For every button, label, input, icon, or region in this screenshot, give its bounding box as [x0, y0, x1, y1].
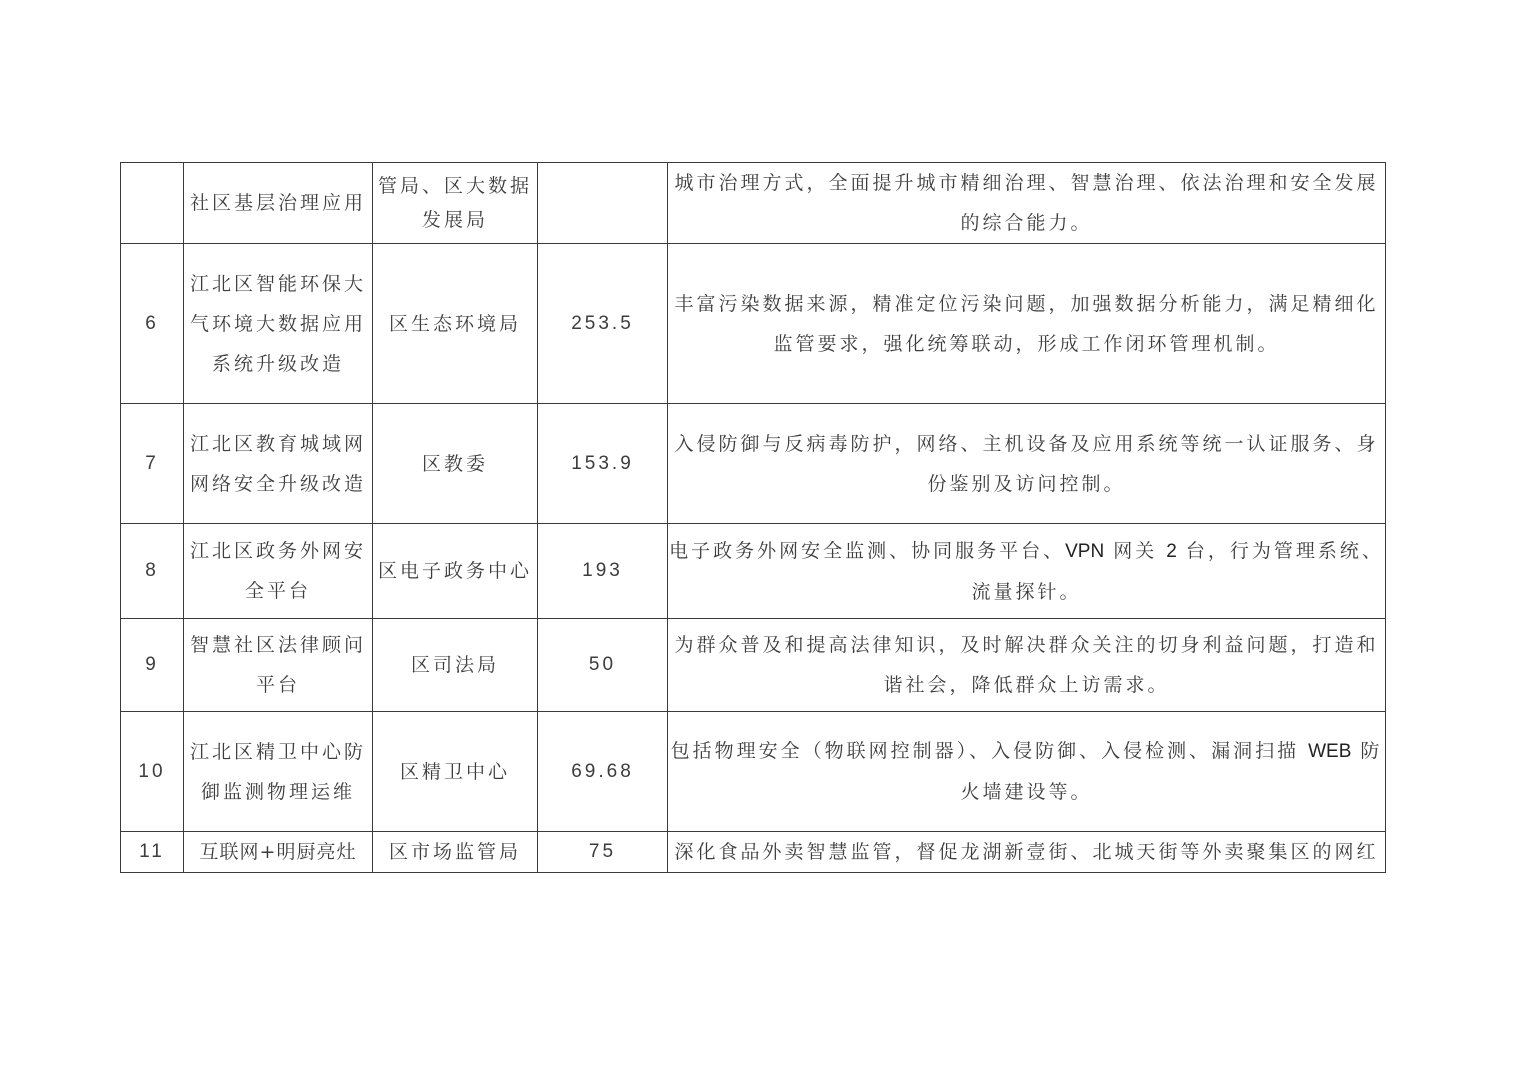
description-cell: 城市治理方式，全面提升城市精细治理、智慧治理、依法治理和安全发展的综合能力。: [668, 163, 1386, 244]
row-number-cell: [121, 163, 184, 244]
project-name-cell: 江北区教育城域网网络安全升级改造: [184, 404, 373, 524]
row-number-cell: 7: [121, 404, 184, 524]
project-name-cell: 智慧社区法律顾问平台: [184, 619, 373, 712]
row-number-cell: 11: [121, 832, 184, 873]
project-name-cell: 江北区政务外网安全平台: [184, 524, 373, 619]
amount-cell: 253.5: [538, 244, 668, 404]
department-cell: 区精卫中心: [373, 712, 538, 832]
table-row: 8 江北区政务外网安全平台 区电子政务中心 193 电子政务外网安全监测、协同服…: [121, 524, 1386, 619]
amount-cell: 193: [538, 524, 668, 619]
description-cell: 包括物理安全（物联网控制器）、入侵防御、入侵检测、漏洞扫描 WEB 防火墙建设等…: [668, 712, 1386, 832]
description-latin-text: WEB: [1308, 741, 1351, 762]
row-number-cell: 8: [121, 524, 184, 619]
description-latin-text: VPN: [1065, 541, 1104, 562]
description-text: 包括物理安全（物联网控制器）、入侵防御、入侵检测、漏洞扫描: [671, 740, 1309, 762]
description-text: 电子政务外网安全监测、协同服务平台、: [669, 540, 1065, 562]
description-cell: 为群众普及和提高法律知识，及时解决群众关注的切身利益问题，打造和谐社会，降低群众…: [668, 619, 1386, 712]
table-row: 11 互联网+明厨亮灶 区市场监管局 75 深化食品外卖智慧监管，督促龙湖新壹街…: [121, 832, 1386, 873]
project-table: 社区基层治理应用 管局、区大数据发展局 城市治理方式，全面提升城市精细治理、智慧…: [120, 162, 1386, 873]
table-row: 6 江北区智能环保大气环境大数据应用系统升级改造 区生态环境局 253.5 丰富…: [121, 244, 1386, 404]
row-number-cell: 6: [121, 244, 184, 404]
table-row: 7 江北区教育城域网网络安全升级改造 区教委 153.9 入侵防御与反病毒防护，…: [121, 404, 1386, 524]
project-name-cell: 社区基层治理应用: [184, 163, 373, 244]
amount-cell: [538, 163, 668, 244]
project-name-cell: 江北区精卫中心防御监测物理运维: [184, 712, 373, 832]
row-number-cell: 9: [121, 619, 184, 712]
department-cell: 区生态环境局: [373, 244, 538, 404]
amount-cell: 153.9: [538, 404, 668, 524]
project-name-cell: 江北区智能环保大气环境大数据应用系统升级改造: [184, 244, 373, 404]
description-text: 网关: [1104, 540, 1166, 562]
department-cell: 管局、区大数据发展局: [373, 163, 538, 244]
department-cell: 区市场监管局: [373, 832, 538, 873]
table-row: 9 智慧社区法律顾问平台 区司法局 50 为群众普及和提高法律知识，及时解决群众…: [121, 619, 1386, 712]
row-number-cell: 10: [121, 712, 184, 832]
description-cell: 深化食品外卖智慧监管，督促龙湖新壹街、北城天街等外卖聚集区的网红: [668, 832, 1386, 873]
description-cell: 入侵防御与反病毒防护，网络、主机设备及应用系统等统一认证服务、身份鉴别及访问控制…: [668, 404, 1386, 524]
department-cell: 区电子政务中心: [373, 524, 538, 619]
department-cell: 区教委: [373, 404, 538, 524]
description-number-text: 2: [1166, 541, 1177, 562]
description-cell: 电子政务外网安全监测、协同服务平台、VPN 网关 2 台，行为管理系统、流量探针…: [668, 524, 1386, 619]
amount-cell: 50: [538, 619, 668, 712]
table-row: 10 江北区精卫中心防御监测物理运维 区精卫中心 69.68 包括物理安全（物联…: [121, 712, 1386, 832]
table-row: 社区基层治理应用 管局、区大数据发展局 城市治理方式，全面提升城市精细治理、智慧…: [121, 163, 1386, 244]
amount-cell: 75: [538, 832, 668, 873]
project-name-cell: 互联网+明厨亮灶: [184, 832, 373, 873]
department-cell: 区司法局: [373, 619, 538, 712]
description-cell: 丰富污染数据来源，精准定位污染问题，加强数据分析能力，满足精细化监管要求，强化统…: [668, 244, 1386, 404]
amount-cell: 69.68: [538, 712, 668, 832]
document-page: 社区基层治理应用 管局、区大数据发展局 城市治理方式，全面提升城市精细治理、智慧…: [0, 0, 1520, 1074]
